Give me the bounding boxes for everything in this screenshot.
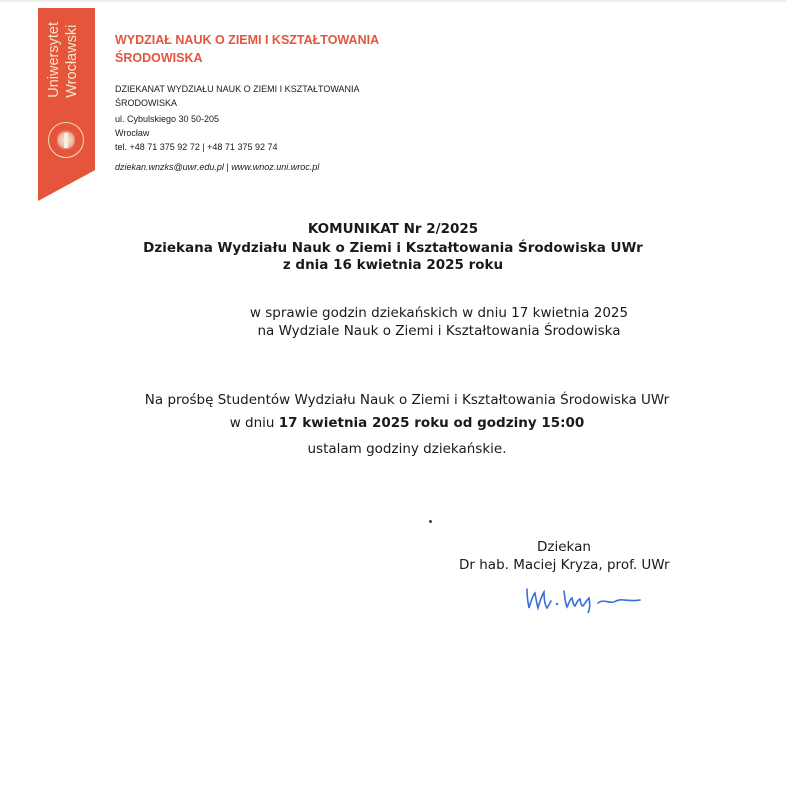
subject-line1: w sprawie godzin dziekańskich w dniu 17 … [46,305,786,321]
signatory-name: Dr hab. Maciej Kryza, prof. UWr [459,557,670,573]
faculty-name-line2: ŚRODOWISKA [115,49,385,67]
university-name-line2: Wrocławski [63,22,81,98]
scan-speck [429,520,432,523]
page-top-edge [0,0,786,3]
body-line2-date-time: 17 kwietnia 2025 roku od godziny 15:00 [279,415,585,431]
handwritten-signature-icon [524,583,654,613]
body-line2: w dniu 17 kwietnia 2025 roku od godziny … [14,415,786,431]
address-street: ul. Cybulskiego 30 50-205 [115,112,277,126]
website-link[interactable]: www.wnoz.uni.wroc.pl [231,162,319,172]
subject-line2: na Wydziale Nauk o Ziemi i Kształtowania… [46,323,786,339]
announcement-number: KOMUNIKAT Nr 2/2025 [0,221,786,237]
body-line3: ustalam godziny dziekańskie. [14,441,786,457]
address-city: Wrocław [115,126,277,140]
body-line2-prefix: w dniu [230,415,279,431]
announcement-date: z dnia 16 kwietnia 2025 roku [0,257,786,273]
contact-line: dziekan.wnzks@uwr.edu.pl | www.wnoz.uni.… [115,162,319,172]
faculty-name: WYDZIAŁ NAUK O ZIEMI I KSZTAŁTOWANIA ŚRO… [115,31,385,67]
dean-office-line1: DZIEKANAT WYDZIAŁU NAUK O ZIEMI I KSZTAŁ… [115,83,385,97]
university-name-line1: Uniwersytet [45,22,63,98]
dean-office-line2: ŚRODOWISKA [115,97,385,111]
university-crest-icon [48,122,84,158]
faculty-name-line1: WYDZIAŁ NAUK O ZIEMI I KSZTAŁTOWANIA [115,31,385,49]
body-line1: Na prośbę Studentów Wydziału Nauk o Ziem… [14,392,786,408]
contact-separator: | [226,162,228,172]
university-logo-banner: Uniwersytet Wrocławski [38,8,95,201]
university-name: Uniwersytet Wrocławski [45,22,81,98]
email-link[interactable]: dziekan.wnzks@uwr.edu.pl [115,162,224,172]
signatory-role: Dziekan [537,539,591,555]
address-block: ul. Cybulskiego 30 50-205 Wrocław tel. +… [115,112,277,154]
dean-office-name: DZIEKANAT WYDZIAŁU NAUK O ZIEMI I KSZTAŁ… [115,83,385,110]
announcement-issuer: Dziekana Wydziału Nauk o Ziemi i Kształt… [0,240,786,256]
phone-numbers: tel. +48 71 375 92 72 | +48 71 375 92 74 [115,140,277,154]
crest-center-bar [64,133,68,148]
